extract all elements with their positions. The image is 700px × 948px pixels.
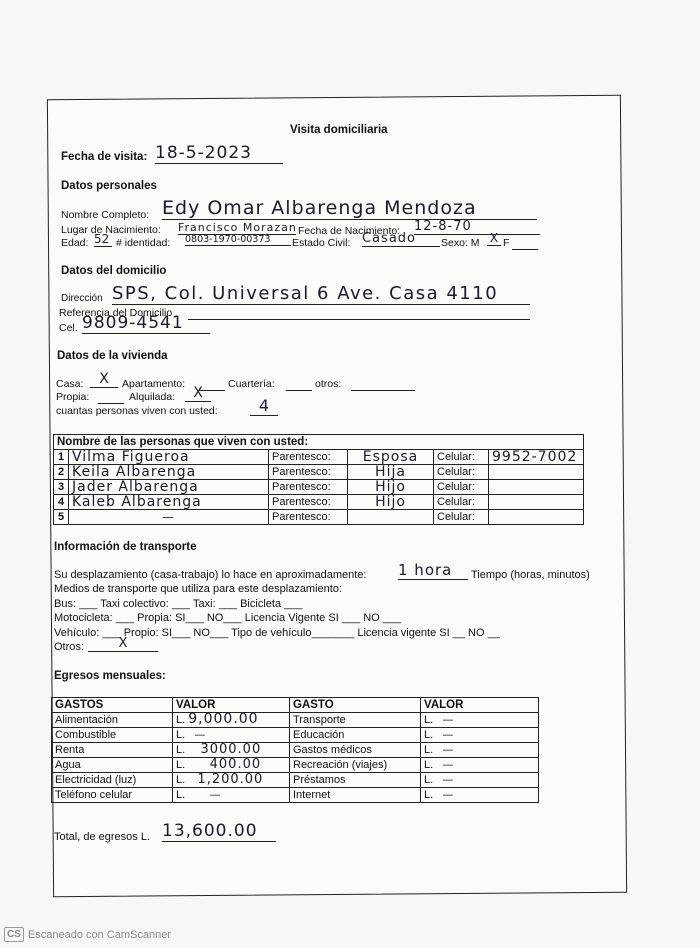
table-row: 2 Keila Albarenga Parentesco: Hija Celul…	[54, 465, 584, 480]
nombre-label: Nombre Completo:	[61, 209, 149, 221]
gasto-valor[interactable]: L. —	[421, 788, 539, 803]
persona-celular[interactable]	[489, 465, 584, 480]
row-number: 3	[54, 480, 69, 495]
total-egresos-label: Total, de egresos L.	[54, 831, 150, 843]
referencia-value[interactable]	[188, 307, 530, 320]
persona-parentesco[interactable]: Hijo	[348, 495, 434, 510]
cuarteria-label: Cuartería:	[228, 378, 275, 390]
gasto-valor-text: —	[442, 788, 454, 801]
sexo-m-value[interactable]: X	[487, 232, 501, 246]
camscanner-watermark: CS Escaneado con CamScanner	[4, 927, 171, 942]
identidad-label: # identidad:	[116, 237, 170, 249]
tiempo-label: Tiempo (horas, minutos)	[471, 569, 590, 581]
identidad-value[interactable]: 0803-1970-00373	[185, 235, 291, 246]
gasto-label: Préstamos	[290, 773, 421, 788]
form-title: Visita domiciliaria	[290, 124, 388, 136]
parentesco-label: Parentesco:	[269, 465, 348, 480]
apartamento-label: Apartamento:	[122, 378, 185, 390]
gasto-valor-text: —	[442, 713, 454, 726]
sexo-f-label: F	[503, 237, 509, 249]
celular-label: Celular:	[434, 510, 489, 525]
section-datos-vivienda: Datos de la vivienda	[57, 350, 168, 362]
persona-celular[interactable]: 9952-7002	[489, 450, 584, 465]
desplazamiento-value[interactable]: 1 hora	[398, 563, 468, 580]
gasto-label: Electricidad (luz)	[52, 773, 173, 788]
persona-nombre[interactable]: Jader Albarenga	[69, 480, 269, 495]
lugar-nacimiento-value[interactable]: Francisco Morazan	[178, 222, 296, 235]
persona-nombre[interactable]: Keila Albarenga	[69, 465, 269, 480]
section-egresos: Egresos mensuales:	[54, 670, 166, 682]
casa-label: Casa:	[56, 378, 83, 390]
nombre-value[interactable]: Edy Omar Albarenga Mendoza	[162, 199, 537, 220]
gasto-valor[interactable]: L. —	[173, 728, 290, 743]
persona-celular[interactable]	[489, 495, 584, 510]
fecha-visita-value[interactable]: 18-5-2023	[155, 145, 283, 164]
currency-label: L.	[424, 744, 433, 756]
celular-label: Celular:	[434, 495, 489, 510]
estado-civil-label: Estado Civil:	[292, 237, 350, 249]
gasto-label: Renta	[52, 743, 173, 758]
cel-value[interactable]: 9809-4541	[82, 315, 210, 334]
parentesco-label: Parentesco:	[269, 495, 348, 510]
section-transporte: Información de transporte	[54, 541, 197, 553]
table-row: 5 — Parentesco: Celular:	[54, 510, 584, 525]
section-datos-domicilio: Datos del domicilio	[61, 265, 166, 277]
gasto-valor[interactable]: L. —	[173, 788, 290, 803]
currency-label: L.	[424, 759, 433, 771]
gasto-valor-text: —	[210, 788, 222, 801]
table-row: Teléfono celular L. — Internet L. —	[52, 788, 539, 803]
gasto-label: Recreación (viajes)	[290, 758, 421, 773]
persona-parentesco[interactable]: Hijo	[348, 480, 434, 495]
gasto-valor[interactable]: L. 3000.00	[173, 743, 290, 758]
row-number: 5	[54, 510, 69, 525]
otros-vivienda-value[interactable]	[351, 378, 415, 391]
table-row: 4 Kaleb Albarenga Parentesco: Hijo Celul…	[54, 495, 584, 510]
col-valor2-header: VALOR	[421, 698, 539, 713]
section-datos-personales: Datos personales	[61, 180, 157, 192]
total-egresos-value[interactable]: 13,600.00	[162, 823, 276, 842]
gasto-label: Gastos médicos	[290, 743, 421, 758]
direccion-label: Dirección	[61, 293, 103, 304]
currency-label: L.	[424, 774, 433, 786]
currency-label: L.	[176, 729, 185, 741]
gasto-valor-text: —	[442, 758, 454, 771]
cel-label: Cel.	[59, 322, 78, 334]
sexo-label: Sexo: M	[441, 237, 480, 249]
celular-label: Celular:	[434, 465, 489, 480]
gasto-valor-text: 9,000.00	[188, 711, 258, 727]
gasto-label: Internet	[290, 788, 421, 803]
celular-label: Celular:	[434, 450, 489, 465]
row-number: 2	[54, 465, 69, 480]
estado-civil-value[interactable]: Casado	[362, 232, 440, 247]
transporte-bus-line[interactable]: Bus: ___ Taxi colectivo: ___ Taxi: ___ B…	[54, 598, 302, 610]
cuantas-personas-label: cuantas personas viven con usted:	[56, 405, 218, 417]
casa-value[interactable]: X	[90, 372, 118, 388]
fecha-visita-label: Fecha de visita:	[61, 151, 147, 163]
gasto-valor[interactable]: L. —	[421, 713, 539, 728]
currency-label: L.	[176, 744, 185, 756]
persona-celular[interactable]	[489, 480, 584, 495]
row-number: 1	[54, 450, 69, 465]
persona-parentesco[interactable]: Esposa	[348, 450, 434, 465]
alquilada-value[interactable]: X	[185, 386, 211, 402]
persona-nombre[interactable]: Vilma Figueroa	[69, 450, 269, 465]
col-gastos-header: GASTOS	[52, 698, 173, 713]
edad-label: Edad:	[61, 237, 88, 249]
gasto-valor[interactable]: L. —	[421, 758, 539, 773]
currency-label: L.	[424, 729, 433, 741]
transporte-moto-line[interactable]: Motocicleta: ___ Propia: SI___ NO___ Lic…	[54, 612, 401, 624]
otros-transporte-value[interactable]: X	[88, 637, 158, 652]
currency-label: L.	[424, 714, 433, 726]
currency-label: L.	[424, 789, 433, 801]
currency-label: L.	[176, 774, 185, 786]
persona-celular[interactable]	[489, 510, 584, 525]
persona-nombre[interactable]: —	[69, 510, 269, 525]
persona-nombre[interactable]: Kaleb Albarenga	[69, 495, 269, 510]
gasto-label: Agua	[52, 758, 173, 773]
personas-table-header: Nombre de las personas que viven con ust…	[54, 435, 584, 450]
medios-transporte-label: Medios de transporte que utiliza para es…	[54, 583, 342, 595]
edad-value[interactable]: 52	[94, 233, 112, 247]
gasto-valor[interactable]: L. 400.00	[173, 758, 290, 773]
gasto-valor[interactable]: L. —	[421, 743, 539, 758]
parentesco-label: Parentesco:	[269, 450, 348, 465]
otros-transporte-label: Otros:	[54, 641, 84, 653]
table-row: Combustible L. — Educación L. —	[52, 728, 539, 743]
propia-label: Propia:	[56, 391, 89, 403]
gasto-label: Transporte	[290, 713, 421, 728]
gasto-label: Teléfono celular	[52, 788, 173, 803]
gasto-label: Alimentación	[52, 713, 173, 728]
direccion-value[interactable]: SPS, Col. Universal 6 Ave. Casa 4110	[112, 285, 530, 305]
celular-label: Celular:	[434, 480, 489, 495]
egresos-table: GASTOS VALOR GASTO VALOR Alimentación L.…	[51, 697, 539, 803]
table-row: Alimentación L. 9,000.00 Transporte L. —	[52, 713, 539, 728]
gasto-valor-text: —	[442, 728, 454, 741]
camscanner-text: Escaneado con CamScanner	[28, 929, 171, 941]
otros-vivienda-label: otros:	[315, 378, 341, 390]
gasto-valor[interactable]: L. 9,000.00	[173, 713, 290, 728]
gasto-valor-text: —	[194, 728, 206, 741]
currency-label: L.	[176, 759, 185, 771]
persona-parentesco[interactable]: Hija	[348, 465, 434, 480]
camscanner-logo-icon: CS	[4, 927, 24, 942]
gasto-valor-text: —	[442, 773, 454, 786]
table-row: Renta L. 3000.00 Gastos médicos L. —	[52, 743, 539, 758]
gasto-valor-text: 1,200.00	[197, 772, 263, 787]
gasto-valor[interactable]: L. 1,200.00	[173, 773, 290, 788]
table-row: 3 Jader Albarenga Parentesco: Hijo Celul…	[54, 480, 584, 495]
cuantas-personas-value[interactable]: 4	[250, 398, 278, 416]
gasto-label: Combustible	[52, 728, 173, 743]
propia-value[interactable]	[98, 391, 124, 404]
personas-table: Nombre de las personas que viven con ust…	[53, 434, 584, 525]
sexo-f-value[interactable]	[512, 237, 538, 250]
alquilada-label: Alquilada:	[129, 391, 175, 403]
gasto-label: Educación	[290, 728, 421, 743]
gasto-valor[interactable]: L. —	[421, 773, 539, 788]
persona-parentesco[interactable]	[348, 510, 434, 525]
parentesco-label: Parentesco:	[269, 480, 348, 495]
gasto-valor[interactable]: L. —	[421, 728, 539, 743]
currency-label: L.	[176, 789, 185, 801]
gasto-valor-text: 400.00	[210, 757, 262, 772]
table-row: Agua L. 400.00 Recreación (viajes) L. —	[52, 758, 539, 773]
table-row: 1 Vilma Figueroa Parentesco: Esposa Celu…	[54, 450, 584, 465]
desplazamiento-label: Su desplazamiento (casa-trabajo) lo hace…	[54, 569, 366, 581]
cuarteria-value[interactable]	[286, 378, 312, 391]
currency-label: L.	[176, 714, 185, 726]
row-number: 4	[54, 495, 69, 510]
gasto-valor-text: 3000.00	[200, 742, 261, 757]
parentesco-label: Parentesco:	[269, 510, 348, 525]
gasto-valor-text: —	[442, 743, 454, 756]
col-gasto-header: GASTO	[290, 698, 421, 713]
table-row: Electricidad (luz) L. 1,200.00 Préstamos…	[52, 773, 539, 788]
